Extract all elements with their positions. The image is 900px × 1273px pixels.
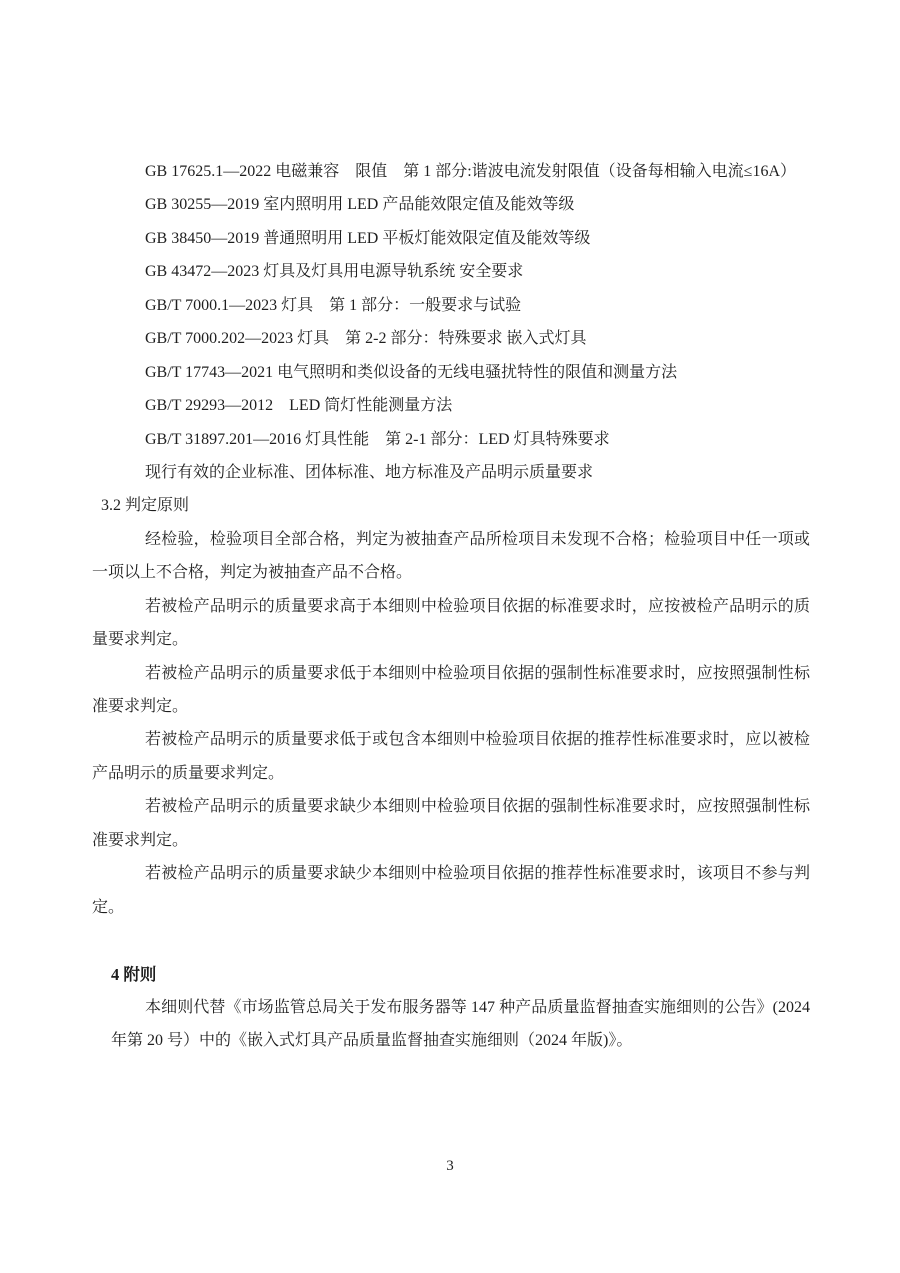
paragraph-line: 准要求判定。 bbox=[92, 690, 810, 723]
standard-list-item: GB/T 7000.1—2023 灯具 第 1 部分：一般要求与试验 bbox=[92, 289, 810, 322]
standard-list-item: GB/T 29293—2012 LED 筒灯性能测量方法 bbox=[92, 389, 810, 422]
document-page: GB 17625.1—2022 电磁兼容 限值 第 1 部分:谐波电流发射限值（… bbox=[0, 0, 900, 1273]
paragraph-line: 定。 bbox=[92, 891, 810, 924]
paragraph-line: 年第 20 号）中的《嵌入式灯具产品质量监督抽查实施细则（2024 年版)》。 bbox=[92, 1024, 810, 1057]
paragraph-line: 准要求判定。 bbox=[92, 824, 810, 857]
standard-list-item: GB 30255—2019 室内照明用 LED 产品能效限定值及能效等级 bbox=[92, 188, 810, 221]
paragraph-line: 若被检产品明示的质量要求低于或包含本细则中检验项目依据的推荐性标准要求时，应以被… bbox=[92, 723, 810, 756]
standard-list-item: 现行有效的企业标准、团体标准、地方标准及产品明示质量要求 bbox=[92, 456, 810, 489]
paragraph-line: 量要求判定。 bbox=[92, 623, 810, 656]
standard-list-item: GB/T 17743—2021 电气照明和类似设备的无线电骚扰特性的限值和测量方… bbox=[92, 356, 810, 389]
standard-list-item: GB 38450—2019 普通照明用 LED 平板灯能效限定值及能效等级 bbox=[92, 222, 810, 255]
paragraph-line: 若被检产品明示的质量要求高于本细则中检验项目依据的标准要求时，应按被检产品明示的… bbox=[92, 590, 810, 623]
page-number: 3 bbox=[0, 1158, 900, 1175]
paragraph-line: 若被检产品明示的质量要求缺少本细则中检验项目依据的推荐性标准要求时，该项目不参与… bbox=[92, 857, 810, 890]
paragraph-line: 产品明示的质量要求判定。 bbox=[92, 757, 810, 790]
paragraph-line: 若被检产品明示的质量要求缺少本细则中检验项目依据的强制性标准要求时，应按照强制性… bbox=[92, 790, 810, 823]
paragraph-line: 本细则代替《市场监管总局关于发布服务器等 147 种产品质量监督抽查实施细则的公… bbox=[92, 991, 810, 1024]
section-heading-judgment-principles: 3.2 判定原则 bbox=[92, 489, 810, 522]
standard-list-item: GB 43472—2023 灯具及灯具用电源导轨系统 安全要求 bbox=[92, 255, 810, 288]
standard-list-item: GB 17625.1—2022 电磁兼容 限值 第 1 部分:谐波电流发射限值（… bbox=[92, 155, 810, 188]
paragraph-line: 经检验，检验项目全部合格，判定为被抽查产品所检项目未发现不合格；检验项目中任一项… bbox=[92, 523, 810, 556]
section-heading-supplementary-provisions: 4 附则 bbox=[92, 958, 810, 991]
document-body: GB 17625.1—2022 电磁兼容 限值 第 1 部分:谐波电流发射限值（… bbox=[92, 155, 810, 1058]
standard-list-item: GB/T 31897.201—2016 灯具性能 第 2-1 部分：LED 灯具… bbox=[92, 423, 810, 456]
blank-line bbox=[92, 924, 810, 957]
standard-list-item: GB/T 7000.202—2023 灯具 第 2-2 部分：特殊要求 嵌入式灯… bbox=[92, 322, 810, 355]
paragraph-line: 一项以上不合格，判定为被抽查产品不合格。 bbox=[92, 556, 810, 589]
paragraph-line: 若被检产品明示的质量要求低于本细则中检验项目依据的强制性标准要求时，应按照强制性… bbox=[92, 657, 810, 690]
